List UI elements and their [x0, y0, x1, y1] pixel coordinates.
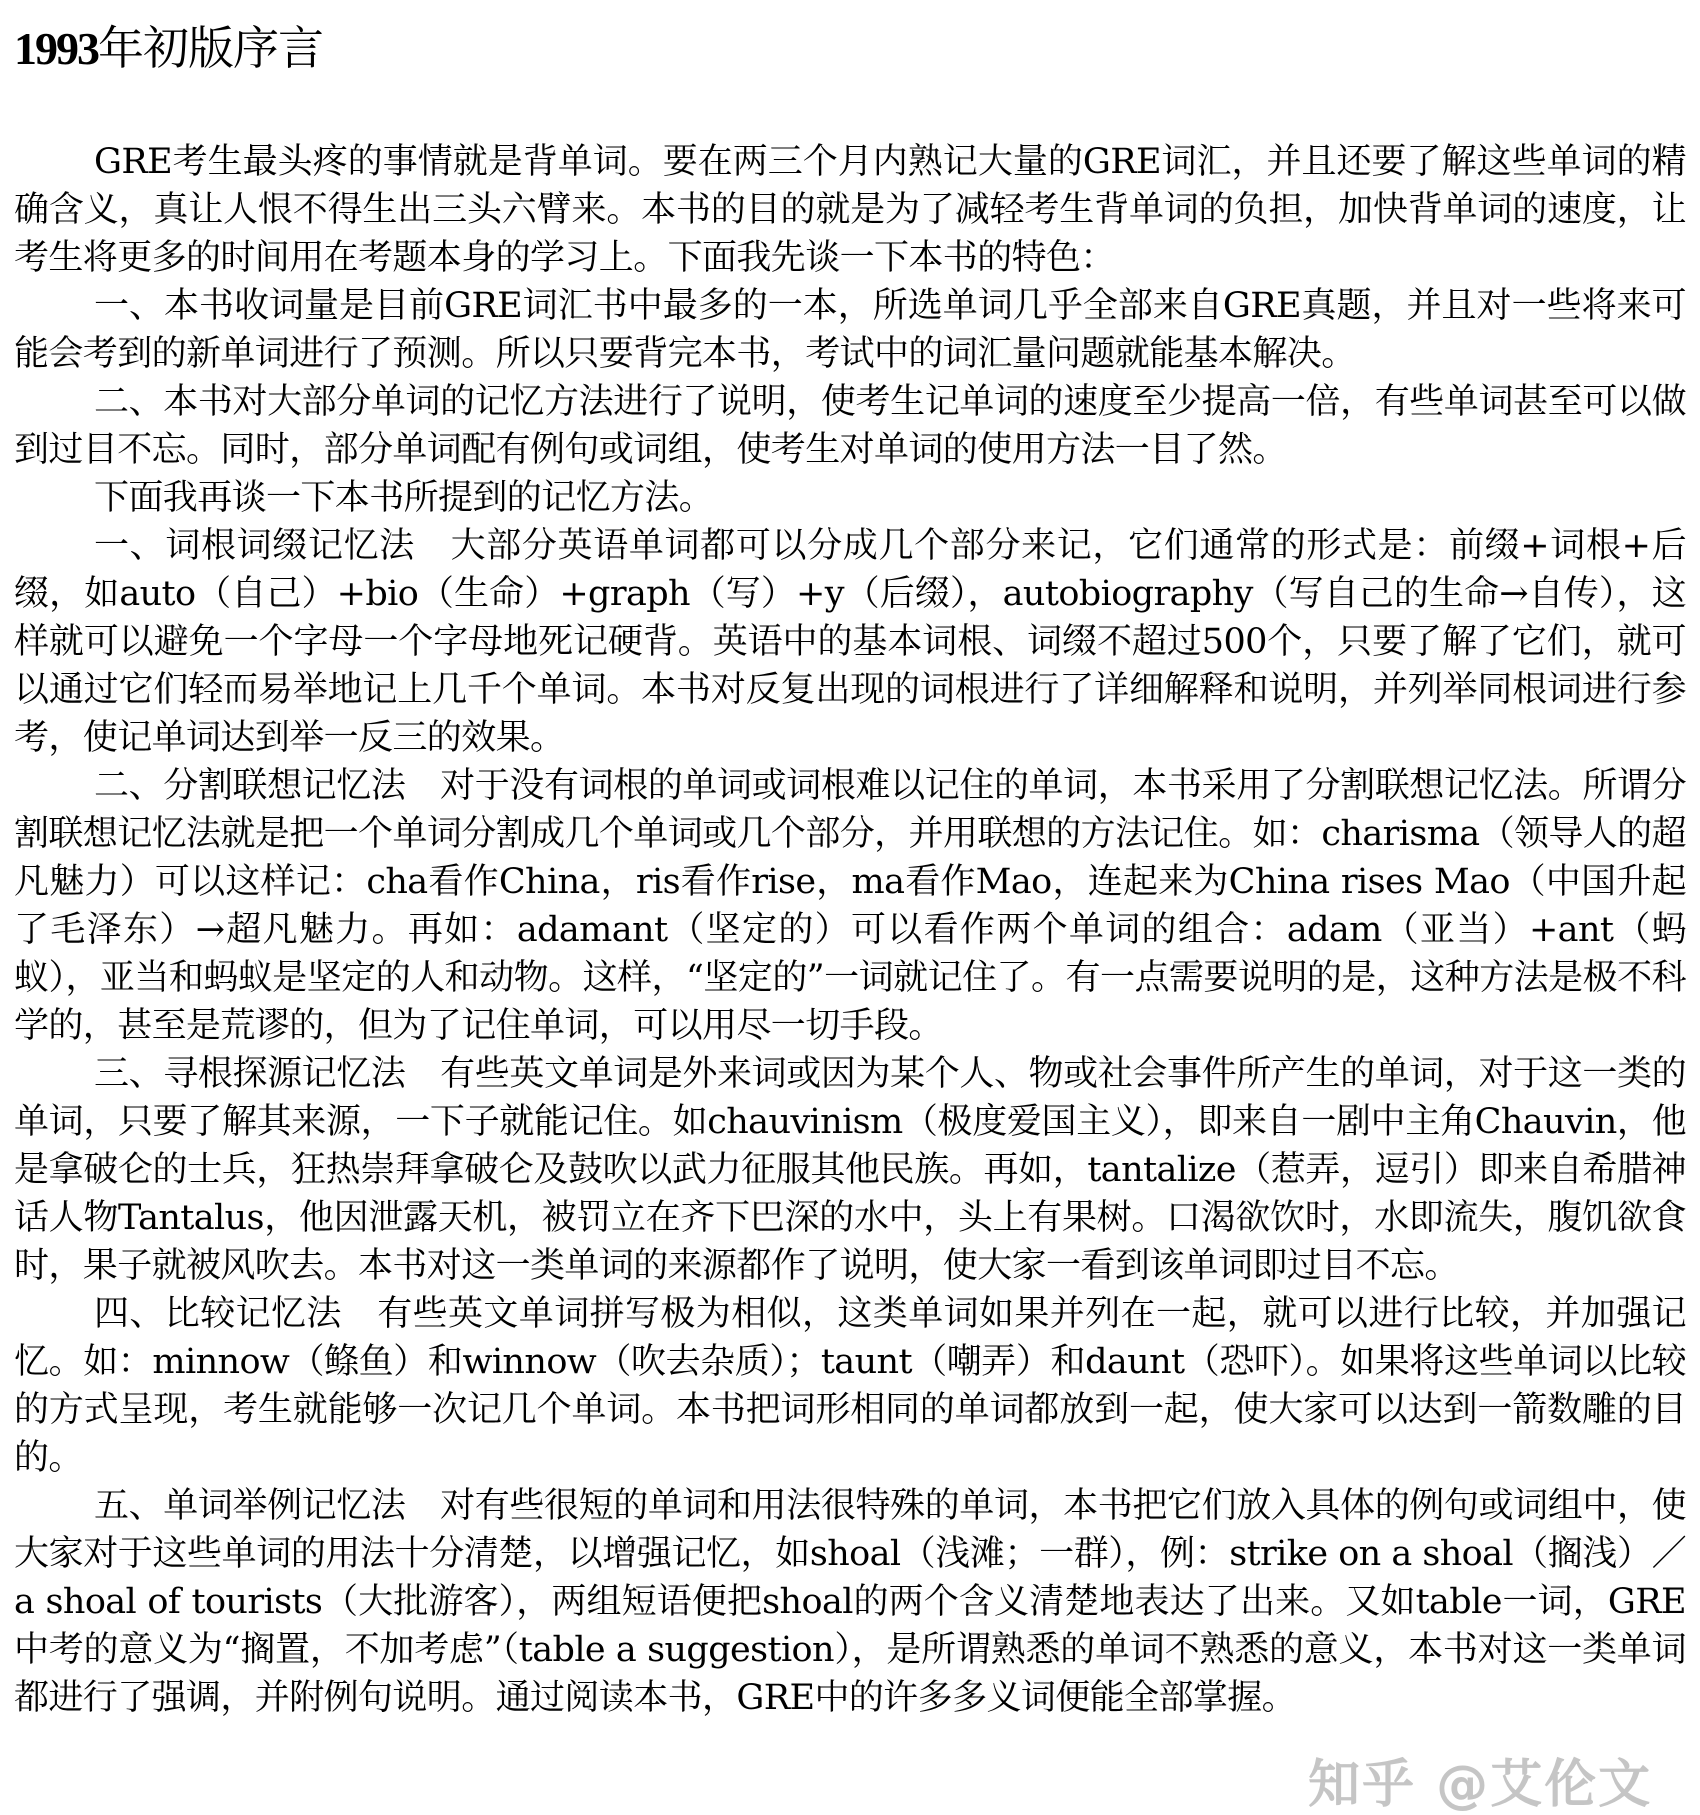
paragraph-intro: GRE考生最头疼的事情就是背单词。要在两三个月内熟记大量的GRE词汇，并且还要了…	[14, 138, 1686, 282]
title-text: 年初版序言	[98, 21, 323, 75]
paragraph-method-etymology: 三、寻根探源记忆法 有些英文单词是外来词或因为某个人、物或社会事件所产生的单词，…	[14, 1050, 1686, 1290]
paragraph-method-split-association: 二、分割联想记忆法 对于没有词根的单词或词根难以记住的单词，本书采用了分割联想记…	[14, 762, 1686, 1050]
document-title: 1993年初版序言	[14, 0, 1686, 84]
paragraph-methods-intro: 下面我再谈一下本书所提到的记忆方法。	[14, 474, 1686, 522]
paragraph-method-example: 五、单词举例记忆法 对有些很短的单词和用法很特殊的单词，本书把它们放入具体的例句…	[14, 1482, 1686, 1722]
document-body: GRE考生最头疼的事情就是背单词。要在两三个月内熟记大量的GRE词汇，并且还要了…	[14, 138, 1686, 1722]
document-page: 1993年初版序言 GRE考生最头疼的事情就是背单词。要在两三个月内熟记大量的G…	[14, 0, 1686, 1722]
watermark: 知乎 @艾伦文	[1308, 1742, 1652, 1815]
paragraph-feature-2: 二、本书对大部分单词的记忆方法进行了说明，使考生记单词的速度至少提高一倍，有些单…	[14, 378, 1686, 474]
paragraph-method-root-affix: 一、词根词缀记忆法 大部分英语单词都可以分成几个部分来记，它们通常的形式是：前缀…	[14, 522, 1686, 762]
title-year: 1993	[14, 23, 98, 74]
paragraph-feature-1: 一、本书收词量是目前GRE词汇书中最多的一本，所选单词几乎全部来自GRE真题，并…	[14, 282, 1686, 378]
paragraph-method-comparison: 四、比较记忆法 有些英文单词拼写极为相似，这类单词如果并列在一起，就可以进行比较…	[14, 1290, 1686, 1482]
